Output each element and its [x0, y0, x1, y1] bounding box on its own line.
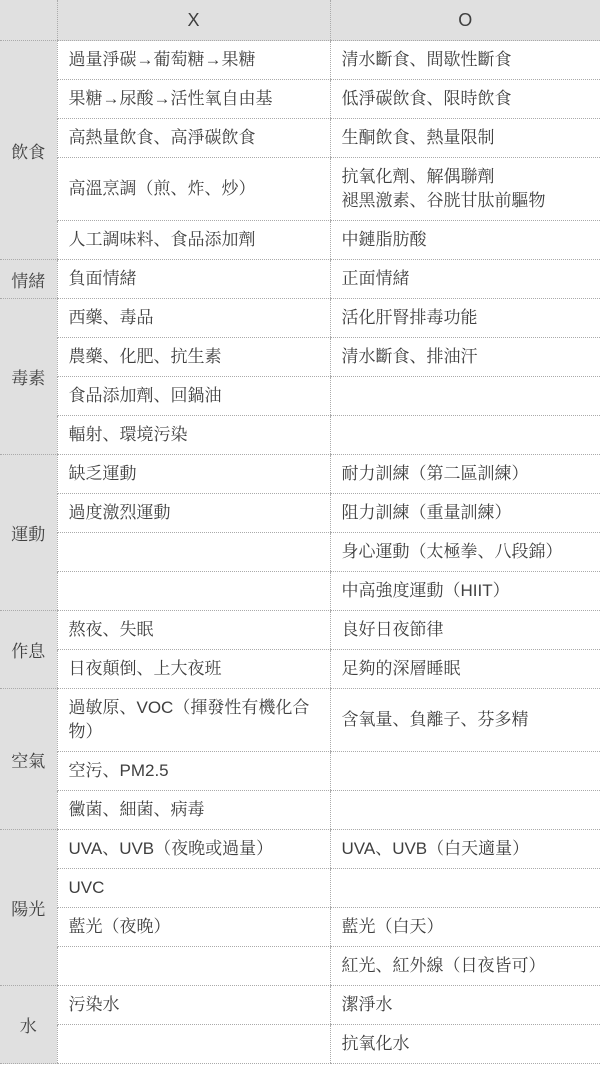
table-row: 水污染水潔淨水 — [0, 986, 600, 1025]
table-row: 運動缺乏運動耐力訓練（第二區訓練） — [0, 455, 600, 494]
table-row: 食品添加劑、回鍋油 — [0, 377, 600, 416]
table-row: 紅光、紅外線（日夜皆可） — [0, 947, 600, 986]
table-row: 毒素西藥、毒品活化肝腎排毒功能 — [0, 299, 600, 338]
table-row: 高溫烹調（煎、炸、炒）抗氧化劑、解偶聯劑 褪黑激素、谷胱甘肽前驅物 — [0, 158, 600, 221]
cell-x: 空污、PM2.5 — [57, 752, 330, 791]
cell-o — [330, 791, 600, 830]
cell-x: 污染水 — [57, 986, 330, 1025]
cell-o: 活化肝腎排毒功能 — [330, 299, 600, 338]
cell-x — [57, 572, 330, 611]
cell-o: 中高強度運動（HIIT） — [330, 572, 600, 611]
cell-x: 藍光（夜晚） — [57, 908, 330, 947]
column-header-o: O — [330, 0, 600, 41]
category-cell: 飲食 — [0, 41, 57, 260]
table-row: 過度激烈運動阻力訓練（重量訓練） — [0, 494, 600, 533]
header-row: X O — [0, 0, 600, 41]
cell-x — [57, 1025, 330, 1064]
cell-x — [57, 533, 330, 572]
cell-o: 良好日夜節律 — [330, 611, 600, 650]
category-cell: 作息 — [0, 611, 57, 689]
cell-x: 過量淨碳→葡萄糖→果糖 — [57, 41, 330, 80]
category-cell: 水 — [0, 986, 57, 1064]
cell-x: 負面情緒 — [57, 260, 330, 299]
table-row: 日夜顛倒、上大夜班足夠的深層睡眠 — [0, 650, 600, 689]
cell-o — [330, 416, 600, 455]
cell-o: UVA、UVB（白天適量） — [330, 830, 600, 869]
cell-o: 潔淨水 — [330, 986, 600, 1025]
cell-o — [330, 869, 600, 908]
cell-o: 清水斷食、間歇性斷食 — [330, 41, 600, 80]
cell-x: 高熱量飲食、高淨碳飲食 — [57, 119, 330, 158]
category-cell: 陽光 — [0, 830, 57, 986]
cell-o — [330, 752, 600, 791]
category-cell: 毒素 — [0, 299, 57, 455]
table-row: 輻射、環境污染 — [0, 416, 600, 455]
cell-x: UVC — [57, 869, 330, 908]
cell-x: 過敏原、VOC（揮發性有機化合物） — [57, 689, 330, 752]
cell-x: 過度激烈運動 — [57, 494, 330, 533]
cell-o: 低淨碳飲食、限時飲食 — [330, 80, 600, 119]
cell-o: 身心運動（太極拳、八段錦） — [330, 533, 600, 572]
cell-x: 熬夜、失眠 — [57, 611, 330, 650]
cell-o: 紅光、紅外線（日夜皆可） — [330, 947, 600, 986]
cell-x: UVA、UVB（夜晚或過量） — [57, 830, 330, 869]
table-row: 黴菌、細菌、病毒 — [0, 791, 600, 830]
category-cell: 運動 — [0, 455, 57, 611]
cell-o: 足夠的深層睡眠 — [330, 650, 600, 689]
cell-x: 日夜顛倒、上大夜班 — [57, 650, 330, 689]
cell-o: 正面情緒 — [330, 260, 600, 299]
table-row: 陽光UVA、UVB（夜晚或過量）UVA、UVB（白天適量） — [0, 830, 600, 869]
table-row: 藍光（夜晚）藍光（白天） — [0, 908, 600, 947]
cell-x: 西藥、毒品 — [57, 299, 330, 338]
cell-o: 抗氧化劑、解偶聯劑 褪黑激素、谷胱甘肽前驅物 — [330, 158, 600, 221]
table-row: 身心運動（太極拳、八段錦） — [0, 533, 600, 572]
cell-x: 果糖→尿酸→活性氧自由基 — [57, 80, 330, 119]
table-row: 果糖→尿酸→活性氧自由基低淨碳飲食、限時飲食 — [0, 80, 600, 119]
cell-o: 清水斷食、排油汗 — [330, 338, 600, 377]
table-row: 作息熬夜、失眠良好日夜節律 — [0, 611, 600, 650]
cell-o — [330, 377, 600, 416]
cell-x: 黴菌、細菌、病毒 — [57, 791, 330, 830]
table-row: 空氣過敏原、VOC（揮發性有機化合物）含氧量、負離子、芬多精 — [0, 689, 600, 752]
table-row: 人工調味料、食品添加劑中鏈脂肪酸 — [0, 221, 600, 260]
category-cell: 情緒 — [0, 260, 57, 299]
cell-o: 生酮飲食、熱量限制 — [330, 119, 600, 158]
xo-comparison-table: X O 飲食過量淨碳→葡萄糖→果糖清水斷食、間歇性斷食果糖→尿酸→活性氧自由基低… — [0, 0, 600, 1064]
cell-x: 人工調味料、食品添加劑 — [57, 221, 330, 260]
column-header-x: X — [57, 0, 330, 41]
cell-o: 抗氧化水 — [330, 1025, 600, 1064]
table-row: 情緒負面情緒正面情緒 — [0, 260, 600, 299]
table-row: UVC — [0, 869, 600, 908]
category-cell: 空氣 — [0, 689, 57, 830]
table-row: 抗氧化水 — [0, 1025, 600, 1064]
cell-o: 阻力訓練（重量訓練） — [330, 494, 600, 533]
table-row: 中高強度運動（HIIT） — [0, 572, 600, 611]
cell-x: 輻射、環境污染 — [57, 416, 330, 455]
cell-o: 藍光（白天） — [330, 908, 600, 947]
table-row: 空污、PM2.5 — [0, 752, 600, 791]
cell-o: 含氧量、負離子、芬多精 — [330, 689, 600, 752]
cell-o: 中鏈脂肪酸 — [330, 221, 600, 260]
cell-x: 缺乏運動 — [57, 455, 330, 494]
cell-x: 食品添加劑、回鍋油 — [57, 377, 330, 416]
cell-o: 耐力訓練（第二區訓練） — [330, 455, 600, 494]
cell-x — [57, 947, 330, 986]
cell-x: 農藥、化肥、抗生素 — [57, 338, 330, 377]
table-row: 飲食過量淨碳→葡萄糖→果糖清水斷食、間歇性斷食 — [0, 41, 600, 80]
cell-x: 高溫烹調（煎、炸、炒） — [57, 158, 330, 221]
header-category-cell — [0, 0, 57, 41]
table-row: 農藥、化肥、抗生素清水斷食、排油汗 — [0, 338, 600, 377]
table-row: 高熱量飲食、高淨碳飲食生酮飲食、熱量限制 — [0, 119, 600, 158]
